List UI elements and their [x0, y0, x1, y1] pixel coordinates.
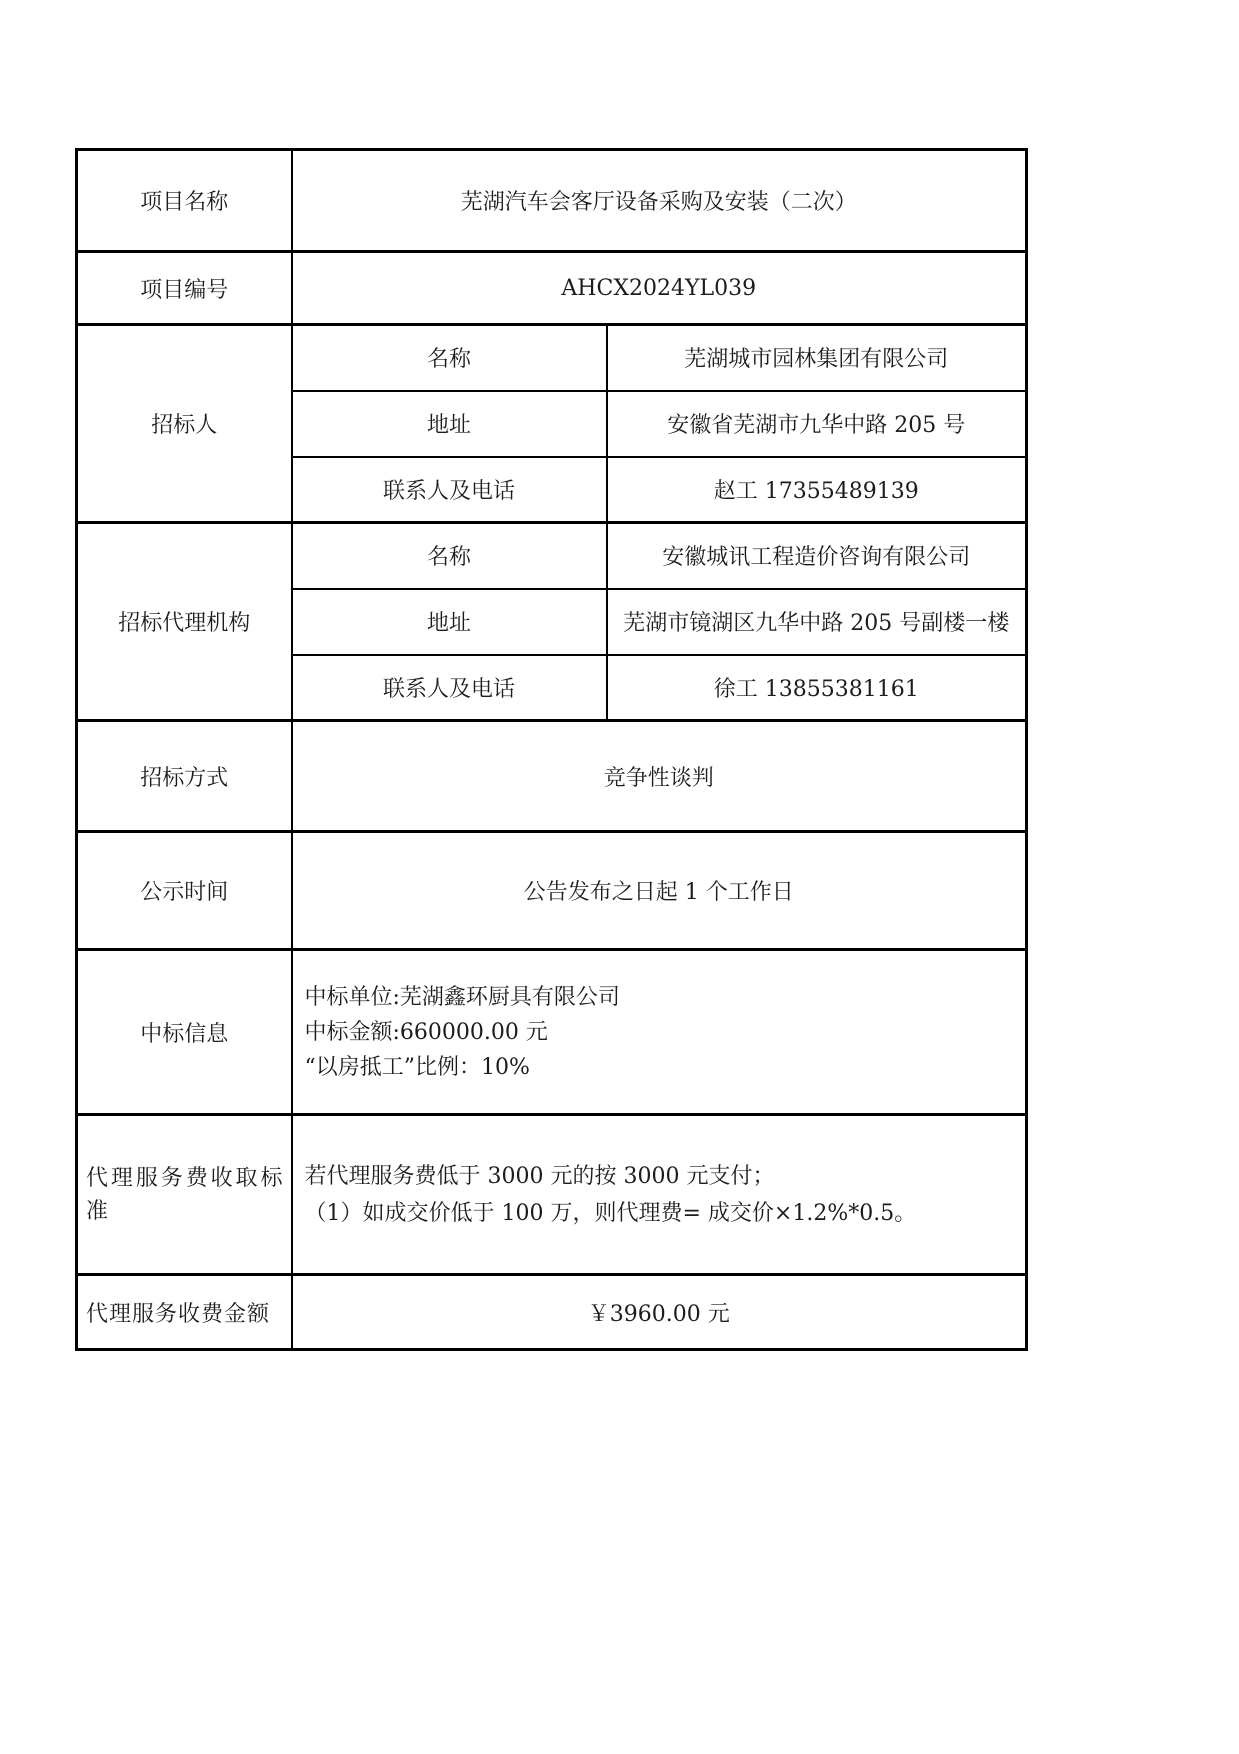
project-number-value: AHCX2024YL039	[292, 252, 1027, 325]
agency-name-value: 安徽城讯工程造价咨询有限公司	[607, 523, 1027, 589]
agency-address-label: 地址	[292, 589, 607, 655]
method-label: 招标方式	[77, 721, 292, 832]
fee-standard-line1: 若代理服务费低于 3000 元的按 3000 元支付；	[305, 1158, 1020, 1195]
award-info-value: 中标单位:芜湖鑫环厨具有限公司 中标金额:660000.00 元 “以房抵工”比…	[292, 950, 1027, 1115]
fee-amount-value: ￥3960.00 元	[292, 1275, 1027, 1350]
agency-address-value: 芜湖市镜湖区九华中路 205 号副楼一楼	[607, 589, 1027, 655]
award-amount-line: 中标金额:660000.00 元	[305, 1015, 1020, 1050]
row-fee-standard: 代理服务费收取标准 若代理服务费低于 3000 元的按 3000 元支付； （1…	[77, 1115, 1027, 1275]
project-number-label: 项目编号	[77, 252, 292, 325]
tenderer-address-label: 地址	[292, 391, 607, 457]
agency-contact-value: 徐工 13855381161	[607, 655, 1027, 721]
award-ratio-line: “以房抵工”比例：10%	[305, 1050, 1020, 1085]
row-publicity: 公示时间 公告发布之日起 1 个工作日	[77, 832, 1027, 950]
project-name-label: 项目名称	[77, 150, 292, 252]
row-fee-amount: 代理服务收费金额 ￥3960.00 元	[77, 1275, 1027, 1350]
project-name-value: 芜湖汽车会客厅设备采购及安装（二次）	[292, 150, 1027, 252]
publicity-label: 公示时间	[77, 832, 292, 950]
row-project-number: 项目编号 AHCX2024YL039	[77, 252, 1027, 325]
tender-result-table: 项目名称 芜湖汽车会客厅设备采购及安装（二次） 项目编号 AHCX2024YL0…	[75, 148, 1028, 1351]
tenderer-address-value: 安徽省芜湖市九华中路 205 号	[607, 391, 1027, 457]
row-method: 招标方式 竞争性谈判	[77, 721, 1027, 832]
fee-standard-label: 代理服务费收取标准	[77, 1115, 292, 1275]
fee-standard-value: 若代理服务费低于 3000 元的按 3000 元支付； （1）如成交价低于 10…	[292, 1115, 1027, 1275]
row-agency-name: 招标代理机构 名称 安徽城讯工程造价咨询有限公司	[77, 523, 1027, 589]
award-info-label: 中标信息	[77, 950, 292, 1115]
row-award-info: 中标信息 中标单位:芜湖鑫环厨具有限公司 中标金额:660000.00 元 “以…	[77, 950, 1027, 1115]
fee-amount-label: 代理服务收费金额	[77, 1275, 292, 1350]
tenderer-name-label: 名称	[292, 325, 607, 391]
tenderer-label: 招标人	[77, 325, 292, 523]
tenderer-name-value: 芜湖城市园林集团有限公司	[607, 325, 1027, 391]
tenderer-contact-value: 赵工 17355489139	[607, 457, 1027, 523]
agency-name-label: 名称	[292, 523, 607, 589]
method-value: 竞争性谈判	[292, 721, 1027, 832]
row-tenderer-name: 招标人 名称 芜湖城市园林集团有限公司	[77, 325, 1027, 391]
agency-label: 招标代理机构	[77, 523, 292, 721]
row-project-name: 项目名称 芜湖汽车会客厅设备采购及安装（二次）	[77, 150, 1027, 252]
publicity-value: 公告发布之日起 1 个工作日	[292, 832, 1027, 950]
document-page: 项目名称 芜湖汽车会客厅设备采购及安装（二次） 项目编号 AHCX2024YL0…	[0, 0, 1239, 1754]
agency-contact-label: 联系人及电话	[292, 655, 607, 721]
fee-standard-line2: （1）如成交价低于 100 万，则代理费= 成交价×1.2%*0.5。	[305, 1195, 1020, 1232]
award-winner-line: 中标单位:芜湖鑫环厨具有限公司	[305, 980, 1020, 1015]
tenderer-contact-label: 联系人及电话	[292, 457, 607, 523]
